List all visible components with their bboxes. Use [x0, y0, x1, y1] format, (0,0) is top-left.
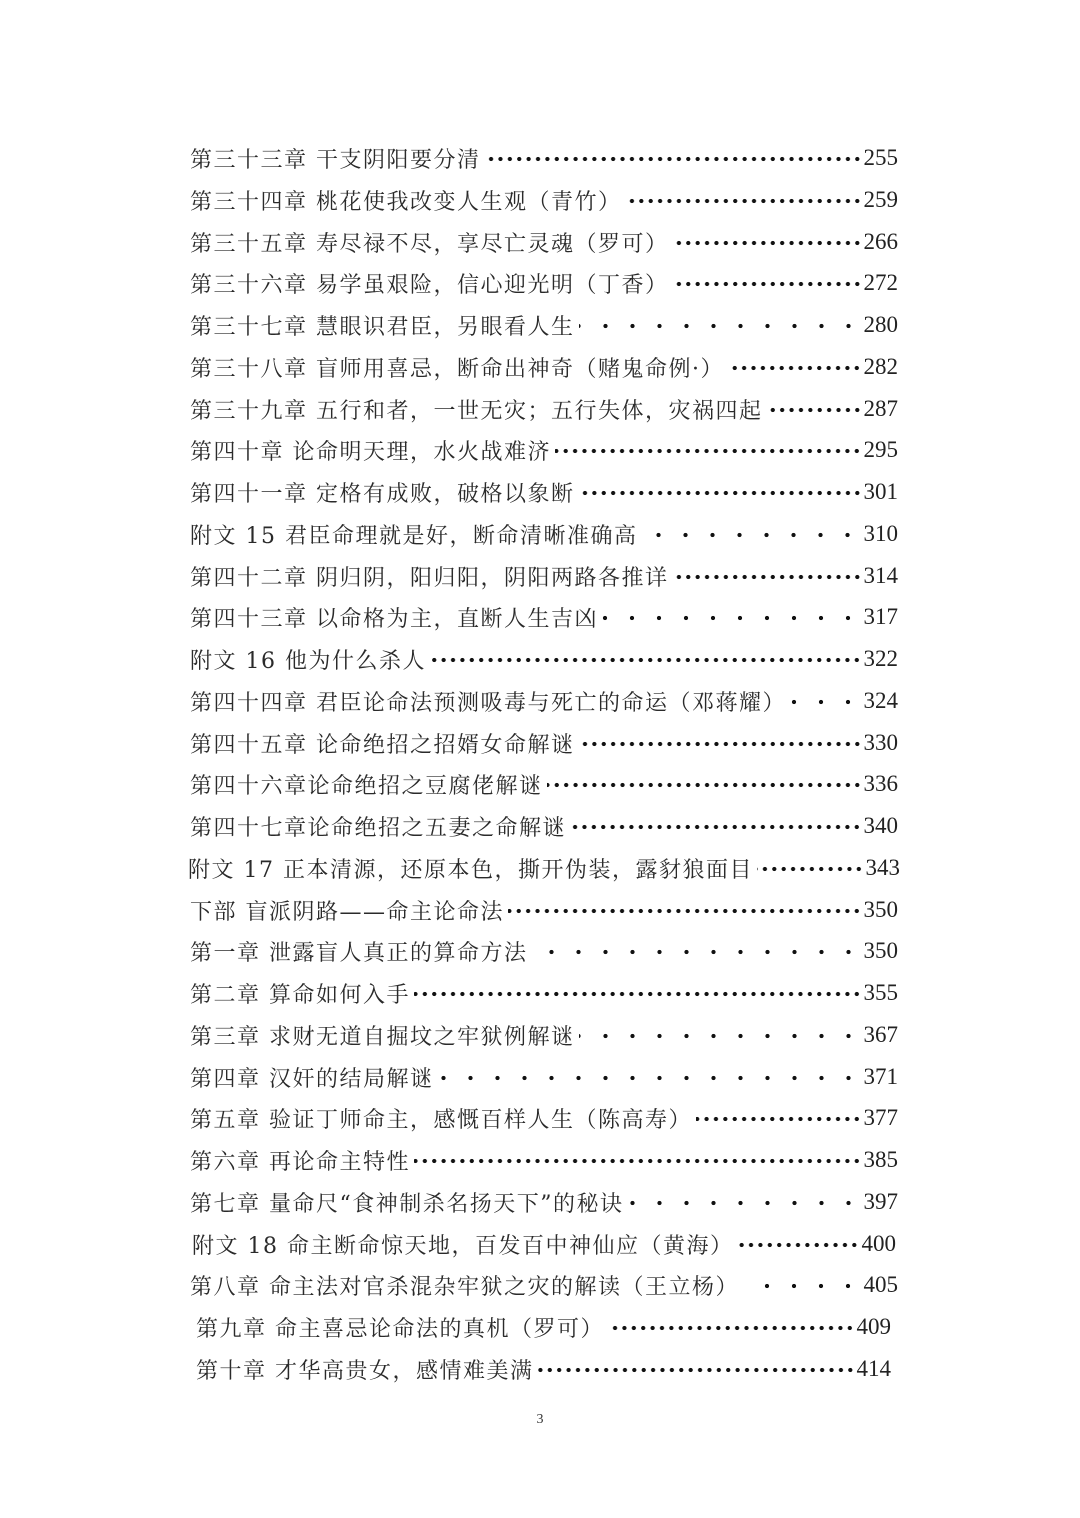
- toc-entry: 第六章 再论命主特性385: [190, 1139, 898, 1181]
- dot-leader: [673, 565, 862, 587]
- toc-entry-page: 414: [857, 1356, 892, 1382]
- dot-leader: [579, 481, 862, 503]
- toc-entry-page: 287: [864, 396, 899, 422]
- dot-leader: [485, 147, 862, 169]
- toc-entry-title: 第一章 泄露盲人真正的算命方法: [190, 936, 528, 967]
- toc-entry: 第二章 算命如何入手355: [190, 972, 898, 1014]
- toc-entry-title: 第四十四章 君臣论命法预测吸毒与死亡的命运（邓蒋耀）: [190, 686, 786, 717]
- toc-entry-page: 301: [864, 479, 899, 505]
- toc-entry-page: 310: [864, 521, 899, 547]
- dot-leader: [579, 732, 862, 754]
- toc-entry-page: 350: [864, 938, 899, 964]
- toc-entry: 第三十六章 易学虽艰险，信心迎光明（丁香）272: [190, 262, 898, 304]
- toc-entry-page: 371: [864, 1064, 899, 1090]
- toc-entry-page: 409: [857, 1314, 892, 1340]
- toc-entry: 第四十五章 论命绝招之招婿女命解谜330: [190, 722, 898, 764]
- toc-entry-title: 第三十八章 盲师用喜忌，断命出神奇（赌鬼命例·）: [190, 352, 724, 383]
- dot-leader: [508, 899, 862, 921]
- toc-entry: 第八章 命主法对官杀混杂牢狱之灾的解读（王立杨）405: [190, 1264, 898, 1306]
- toc-entry: 下部 盲派阴路——命主论命法350: [190, 889, 898, 931]
- toc-entry-page: 350: [864, 897, 899, 923]
- toc-entry: 附文 15 君臣命理就是好，断命清晰准确高310: [190, 513, 898, 555]
- dot-leader: [532, 940, 862, 962]
- toc-entry-title: 第三十五章 寿尽禄不尽，享尽亡灵魂（罗可）: [190, 227, 669, 258]
- dot-leader: [673, 272, 862, 294]
- toc-entry-page: 340: [864, 813, 899, 839]
- toc-entry-title: 第四十章 论命明天理，水火战难济: [190, 435, 551, 466]
- toc-entry-title: 第三十九章 五行和者，一世无灾；五行失体，灾祸四起: [190, 394, 763, 425]
- toc-entry-page: 272: [864, 270, 899, 296]
- toc-entry-page: 266: [864, 229, 899, 255]
- toc-entry: 第三十九章 五行和者，一世无灾；五行失体，灾祸四起287: [190, 388, 898, 430]
- dot-leader: [555, 439, 862, 461]
- toc-entry-title: 第四十七章论命绝招之五妻之命解谜: [190, 811, 566, 842]
- toc-entry-title: 第四十三章 以命格为主，直断人生吉凶: [190, 602, 598, 633]
- toc-entry-title: 第四十六章论命绝招之豆腐佬解谜: [190, 769, 543, 800]
- toc-entry-page: 322: [864, 646, 899, 672]
- toc-entry-page: 314: [864, 563, 899, 589]
- dot-leader: [626, 189, 862, 211]
- toc-entry: 第四章 汉奸的结局解谜371: [190, 1056, 898, 1098]
- toc-entry: 第五章 验证丁师命主，感慨百样人生（陈高寿）377: [190, 1097, 898, 1139]
- toc-entry-page: 259: [864, 187, 899, 213]
- dot-leader: [414, 1149, 862, 1171]
- toc-entry-title: 第四十五章 论命绝招之招婿女命解谜: [190, 728, 575, 759]
- toc-entry-title: 第三十七章 慧眼识君臣，另眼看人生: [190, 310, 575, 341]
- toc-entry-title: 第三章 求财无道自掘坟之牢狱例解谜: [190, 1020, 575, 1051]
- toc-entry: 第一章 泄露盲人真正的算命方法350: [190, 930, 898, 972]
- toc-entry: 第四十章 论命明天理，水火战难济295: [190, 429, 898, 471]
- toc-entry: 第三十三章 干支阴阳要分清255: [190, 137, 898, 179]
- toc-entry: 第三十五章 寿尽禄不尽，享尽亡灵魂（罗可）266: [190, 221, 898, 263]
- toc-entry-title: 第二章 算命如何入手: [190, 978, 410, 1009]
- toc-entry-page: 400: [862, 1231, 897, 1257]
- toc-entry-page: 255: [864, 145, 899, 171]
- toc-entry-page: 367: [864, 1022, 899, 1048]
- dot-leader: [757, 857, 864, 879]
- dot-leader: [579, 314, 862, 336]
- toc-entry: 附文 18 命主断命惊天地，百发百中神仙应（黄海）400: [192, 1223, 896, 1265]
- dot-leader: [628, 1191, 862, 1213]
- dot-leader: [608, 1316, 855, 1338]
- dot-leader: [743, 1274, 862, 1296]
- toc-entry-title: 第四章 汉奸的结局解谜: [190, 1062, 434, 1093]
- toc-entry-page: 343: [866, 855, 901, 881]
- toc-entry-title: 第六章 再论命主特性: [190, 1145, 410, 1176]
- dot-leader: [579, 1024, 862, 1046]
- page-number: 3: [0, 1412, 1080, 1428]
- dot-leader: [570, 815, 861, 837]
- toc-entry-title: 第十章 才华高贵女，感情难美满: [196, 1354, 534, 1385]
- toc-entry-title: 第三十四章 桃花使我改变人生观（青竹）: [190, 185, 622, 216]
- toc-entry: 第三十八章 盲师用喜忌，断命出神奇（赌鬼命例·）282: [190, 346, 898, 388]
- toc-entry: 第三十七章 慧眼识君臣，另眼看人生280: [190, 304, 898, 346]
- toc-entry-page: 405: [864, 1272, 899, 1298]
- toc-entry: 第四十四章 君臣论命法预测吸毒与死亡的命运（邓蒋耀）324: [190, 680, 898, 722]
- dot-leader: [547, 773, 862, 795]
- toc-entry-title: 下部 盲派阴路——命主论命法: [190, 895, 504, 926]
- dot-leader: [737, 1233, 859, 1255]
- toc-entry-page: 282: [864, 354, 899, 380]
- toc-entry-title: 第三十三章 干支阴阳要分清: [190, 143, 481, 174]
- toc-entry-page: 295: [864, 437, 899, 463]
- dot-leader: [641, 523, 861, 545]
- toc-entry-title: 第八章 命主法对官杀混杂牢狱之灾的解读（王立杨）: [190, 1270, 739, 1301]
- dot-leader: [438, 1066, 862, 1088]
- toc-entry-page: 336: [864, 771, 899, 797]
- toc-entry-title: 第四十二章 阴归阴，阳归阳，阴阳两路各推详: [190, 561, 669, 592]
- toc-entry: 第三十四章 桃花使我改变人生观（青竹）259: [190, 179, 898, 221]
- toc-entry-page: 324: [864, 688, 899, 714]
- toc-entry: 第四十三章 以命格为主，直断人生吉凶317: [190, 596, 898, 638]
- dot-leader: [790, 690, 862, 712]
- toc-entry-title: 附文 15 君臣命理就是好，断命清晰准确高: [190, 519, 637, 550]
- toc-entry-title: 附文 17 正本清源，还原本色，撕开伪装，露豺狼面目: [188, 853, 753, 884]
- toc-entry: 第三章 求财无道自掘坟之牢狱例解谜367: [190, 1014, 898, 1056]
- dot-leader: [728, 356, 862, 378]
- dot-leader: [430, 648, 862, 670]
- dot-leader: [602, 606, 862, 628]
- toc-entry: 附文 17 正本清源，还原本色，撕开伪装，露豺狼面目343: [188, 847, 900, 889]
- dot-leader: [538, 1358, 855, 1380]
- toc-entry: 第七章 量命尺“食神制杀名扬天下”的秘诀397: [190, 1181, 898, 1223]
- toc-entry-title: 附文 16 他为什么杀人: [190, 644, 426, 675]
- toc-entry: 第四十一章 定格有成败，破格以象断301: [190, 471, 898, 513]
- dot-leader: [414, 982, 862, 1004]
- toc-entry-page: 317: [864, 604, 899, 630]
- toc-entry-title: 第七章 量命尺“食神制杀名扬天下”的秘诀: [190, 1187, 624, 1218]
- toc-entry-title: 第四十一章 定格有成败，破格以象断: [190, 477, 575, 508]
- toc-entry-title: 附文 18 命主断命惊天地，百发百中神仙应（黄海）: [192, 1229, 733, 1260]
- toc-entry: 第四十七章论命绝招之五妻之命解谜340: [190, 805, 898, 847]
- toc-entry-title: 第五章 验证丁师命主，感慨百样人生（陈高寿）: [190, 1103, 692, 1134]
- toc-entry-page: 280: [864, 312, 899, 338]
- toc-entry-page: 330: [864, 730, 899, 756]
- toc-entry-page: 377: [864, 1105, 899, 1131]
- dot-leader: [767, 398, 862, 420]
- toc-entry: 第四十六章论命绝招之豆腐佬解谜336: [190, 763, 898, 805]
- toc-entry: 第十章 才华高贵女，感情难美满414: [196, 1348, 891, 1390]
- dot-leader: [696, 1107, 862, 1129]
- toc-entry: 附文 16 他为什么杀人322: [190, 638, 898, 680]
- toc-entry: 第四十二章 阴归阴，阳归阳，阴阳两路各推详314: [190, 555, 898, 597]
- document-page: 第三十三章 干支阴阳要分清255第三十四章 桃花使我改变人生观（青竹）259第三…: [0, 0, 1080, 1518]
- toc-entry-page: 355: [864, 980, 899, 1006]
- toc-entry-page: 397: [864, 1189, 899, 1215]
- toc-entry-title: 第九章 命主喜忌论命法的真机（罗可）: [196, 1312, 604, 1343]
- toc-entry: 第九章 命主喜忌论命法的真机（罗可）409: [196, 1306, 891, 1348]
- toc-entry-title: 第三十六章 易学虽艰险，信心迎光明（丁香）: [190, 268, 669, 299]
- toc-entry-page: 385: [864, 1147, 899, 1173]
- dot-leader: [673, 231, 862, 253]
